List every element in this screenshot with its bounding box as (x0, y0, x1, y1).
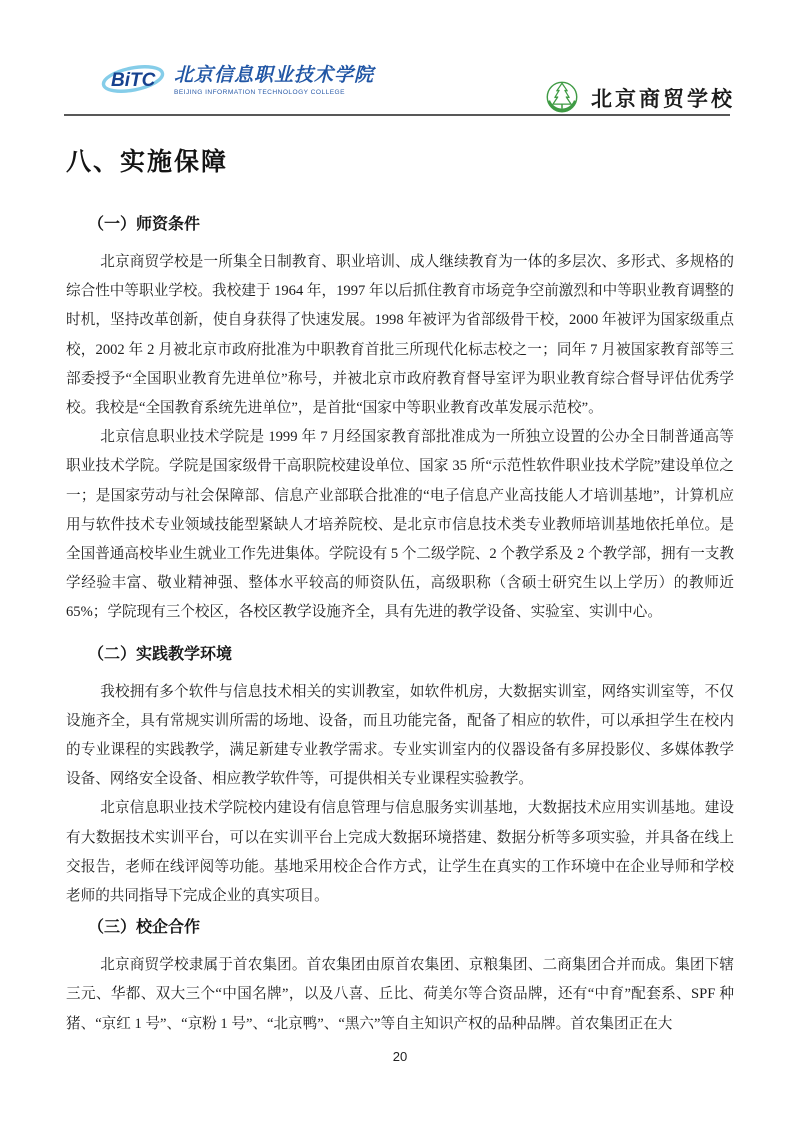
page-header: BiTC 北京信息职业技术学院 BEIJING INFORMATION TECH… (0, 0, 800, 116)
bitc-logo: BiTC 北京信息职业技术学院 BEIJING INFORMATION TECH… (100, 58, 374, 98)
paragraph: 北京商贸学校是一所集全日制教育、职业培训、成人继续教育为一体的多层次、多形式、多… (66, 248, 734, 423)
page-number: 20 (66, 1049, 734, 1065)
document-title: 八、实施保障 (66, 148, 734, 178)
section-practical-teaching: （二）实践教学环境 我校拥有多个软件与信息技术相关的实训教室，如软件机房，大数据… (66, 644, 734, 912)
bitc-cn-name: 北京信息职业技术学院 (174, 64, 374, 87)
bitc-names: 北京信息职业技术学院 BEIJING INFORMATION TECHNOLOG… (174, 64, 374, 97)
bitc-abbr: BiTC (111, 70, 156, 91)
document-content: 八、实施保障 （一）师资条件 北京商贸学校是一所集全日制教育、职业培训、成人继续… (66, 116, 734, 1065)
bitc-en-name: BEIJING INFORMATION TECHNOLOGY COLLEGE (174, 89, 374, 97)
paragraph: 北京信息职业技术学院是 1999 年 7 月经国家教育部批准成为一所独立设置的公… (66, 423, 734, 627)
bitc-swoosh-icon: BiTC (100, 58, 170, 98)
section-teacher-resources: （一）师资条件 北京商贸学校是一所集全日制教育、职业培训、成人继续教育为一体的多… (66, 214, 734, 628)
paragraph: 我校拥有多个软件与信息技术相关的实训教室，如软件机房，大数据实训室，网络实训室等… (66, 678, 734, 795)
section-school-enterprise: （三）校企合作 北京商贸学校隶属于首农集团。首农集团由原首农集团、京粮集团、二商… (66, 917, 734, 1039)
paragraph: 北京商贸学校隶属于首农集团。首农集团由原首农集团、京粮集团、二商集团合并而成。集… (66, 951, 734, 1039)
section-heading: （一）师资条件 (66, 214, 734, 236)
paragraph: 北京信息职业技术学院校内建设有信息管理与信息服务实训基地，大数据技术应用实训基地… (66, 794, 734, 911)
section-heading: （二）实践教学环境 (66, 644, 734, 666)
school-name: 北京商贸学校 (591, 83, 735, 117)
section-heading: （三）校企合作 (66, 917, 734, 939)
document-page: BiTC 北京信息职业技术学院 BEIJING INFORMATION TECH… (0, 0, 800, 1131)
